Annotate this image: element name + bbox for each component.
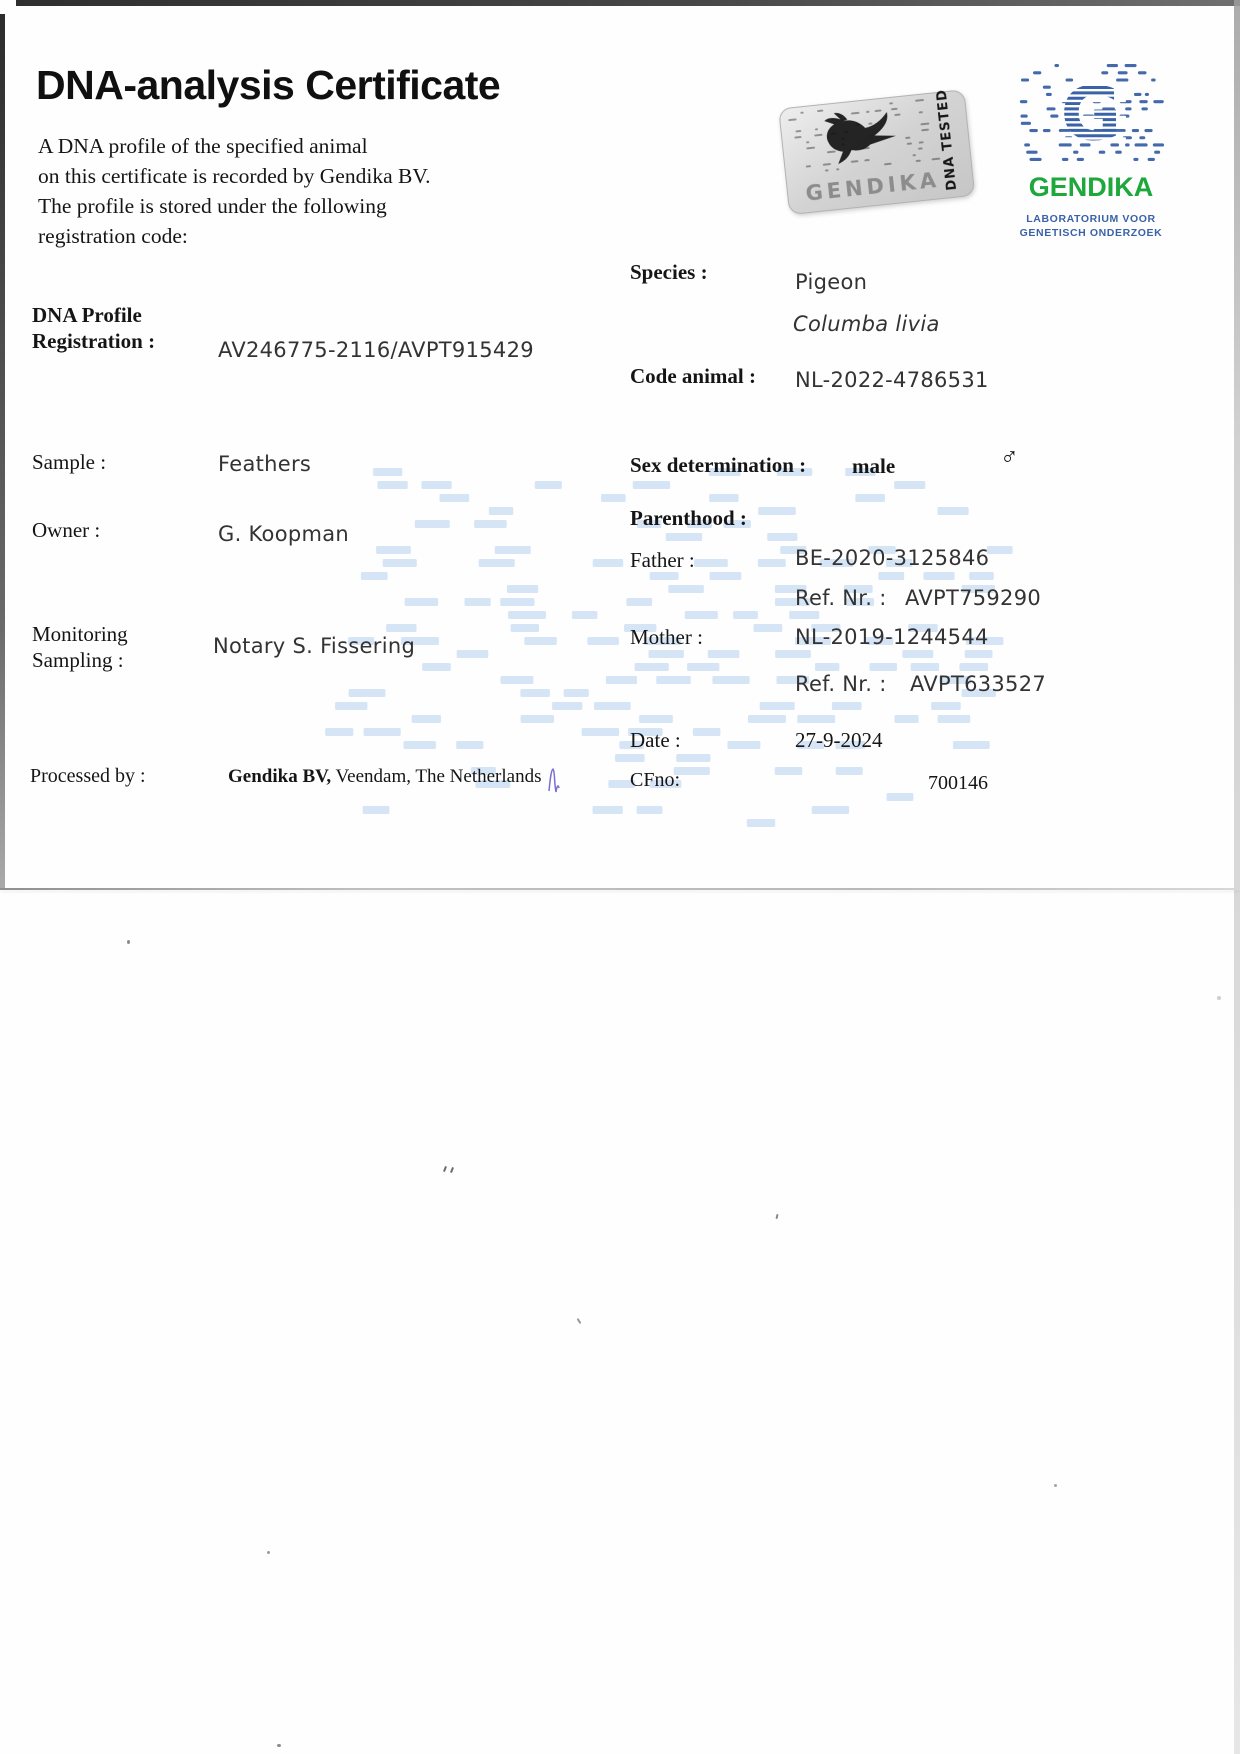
paper-speck: [1217, 996, 1221, 1000]
paper-speck: [127, 940, 130, 944]
species-value: Pigeon: [795, 270, 867, 294]
sex-determination-label: Sex determination :: [630, 453, 806, 478]
mother-label: Mother :: [630, 625, 703, 650]
intro-line-3: The profile is stored under the followin…: [38, 194, 387, 219]
paper-speck: [775, 1214, 778, 1219]
intro-line-1: A DNA profile of the specified animal: [38, 134, 368, 159]
father-label: Father :: [630, 548, 695, 573]
owner-value: G. Koopman: [218, 522, 349, 546]
sample-value: Feathers: [218, 452, 311, 476]
paper-speck: [443, 1166, 447, 1172]
species-latin-value: Columba livia: [793, 312, 940, 336]
gendika-logo-subtitle-1: LABORATORIUM VOOR: [1018, 212, 1164, 226]
owner-label: Owner :: [32, 518, 100, 543]
monitoring-label-line1: Monitoring: [32, 622, 128, 647]
species-label: Species :: [630, 260, 708, 285]
code-animal-value: NL-2022-4786531: [795, 368, 989, 392]
signature-mark: [546, 766, 562, 796]
page-title: DNA-analysis Certificate: [36, 62, 500, 109]
gendika-logo: G GENDIKA LABORATORIUM VOOR GENETISCH ON…: [1018, 64, 1164, 240]
intro-line-4: registration code:: [38, 224, 188, 249]
gendika-logo-mosaic: G: [1018, 64, 1164, 162]
certificate-page: DNA-analysis Certificate A DNA profile o…: [0, 0, 1240, 1754]
processed-by-value: Gendika BV, Veendam, The Netherlands: [228, 766, 562, 790]
father-value: BE-2020-3125846: [795, 546, 989, 570]
processed-by-company: Gendika BV,: [228, 766, 331, 787]
sample-label: Sample :: [32, 450, 106, 475]
parenthood-label: Parenthood :: [630, 506, 747, 531]
cfno-label: CFno:: [630, 769, 680, 792]
gendika-logo-subtitle-2: GENETISCH ONDERZOEK: [1018, 226, 1164, 240]
dna-profile-label-line2: Registration :: [32, 329, 155, 354]
monitoring-value: Notary S. Fissering: [213, 634, 415, 658]
intro-line-2: on this certificate is recorded by Gendi…: [38, 164, 430, 189]
paper-speck: [267, 1551, 270, 1554]
scan-edge-right: [1234, 0, 1240, 1754]
monitoring-label-line2: Sampling :: [32, 648, 124, 673]
date-label: Date :: [630, 728, 681, 753]
dna-profile-value: AV246775-2116/AVPT915429: [218, 338, 534, 362]
father-ref-value: AVPT759290: [905, 586, 1041, 610]
mother-ref-value: AVPT633527: [910, 672, 1046, 696]
mother-value: NL-2019-1244544: [795, 625, 989, 649]
gendika-logo-monogram: G: [1061, 70, 1122, 157]
sex-determination-value: male: [852, 454, 895, 479]
paper-speck: [277, 1744, 281, 1747]
processed-by-label: Processed by :: [30, 765, 146, 788]
paper-speck: [450, 1167, 454, 1173]
scan-edge-top: [16, 0, 1240, 6]
paper-edge-line: [0, 888, 1240, 890]
dna-tested-sticker: GENDIKA DNA TESTED: [776, 86, 979, 222]
code-animal-label: Code animal :: [630, 364, 756, 389]
father-ref-label: Ref. Nr. :: [795, 586, 887, 610]
paper-speck: [577, 1318, 582, 1324]
male-symbol: ♂: [1000, 444, 1019, 472]
date-value: 27-9-2024: [795, 728, 883, 753]
paper-speck: [1054, 1484, 1057, 1487]
dna-profile-label-line1: DNA Profile: [32, 303, 142, 328]
gendika-logo-name: GENDIKA: [1018, 172, 1164, 203]
processed-by-location: Veendam, The Netherlands: [331, 766, 541, 787]
scan-edge-left: [0, 14, 5, 890]
mother-ref-label: Ref. Nr. :: [795, 672, 887, 696]
cfno-value: 700146: [928, 772, 988, 795]
